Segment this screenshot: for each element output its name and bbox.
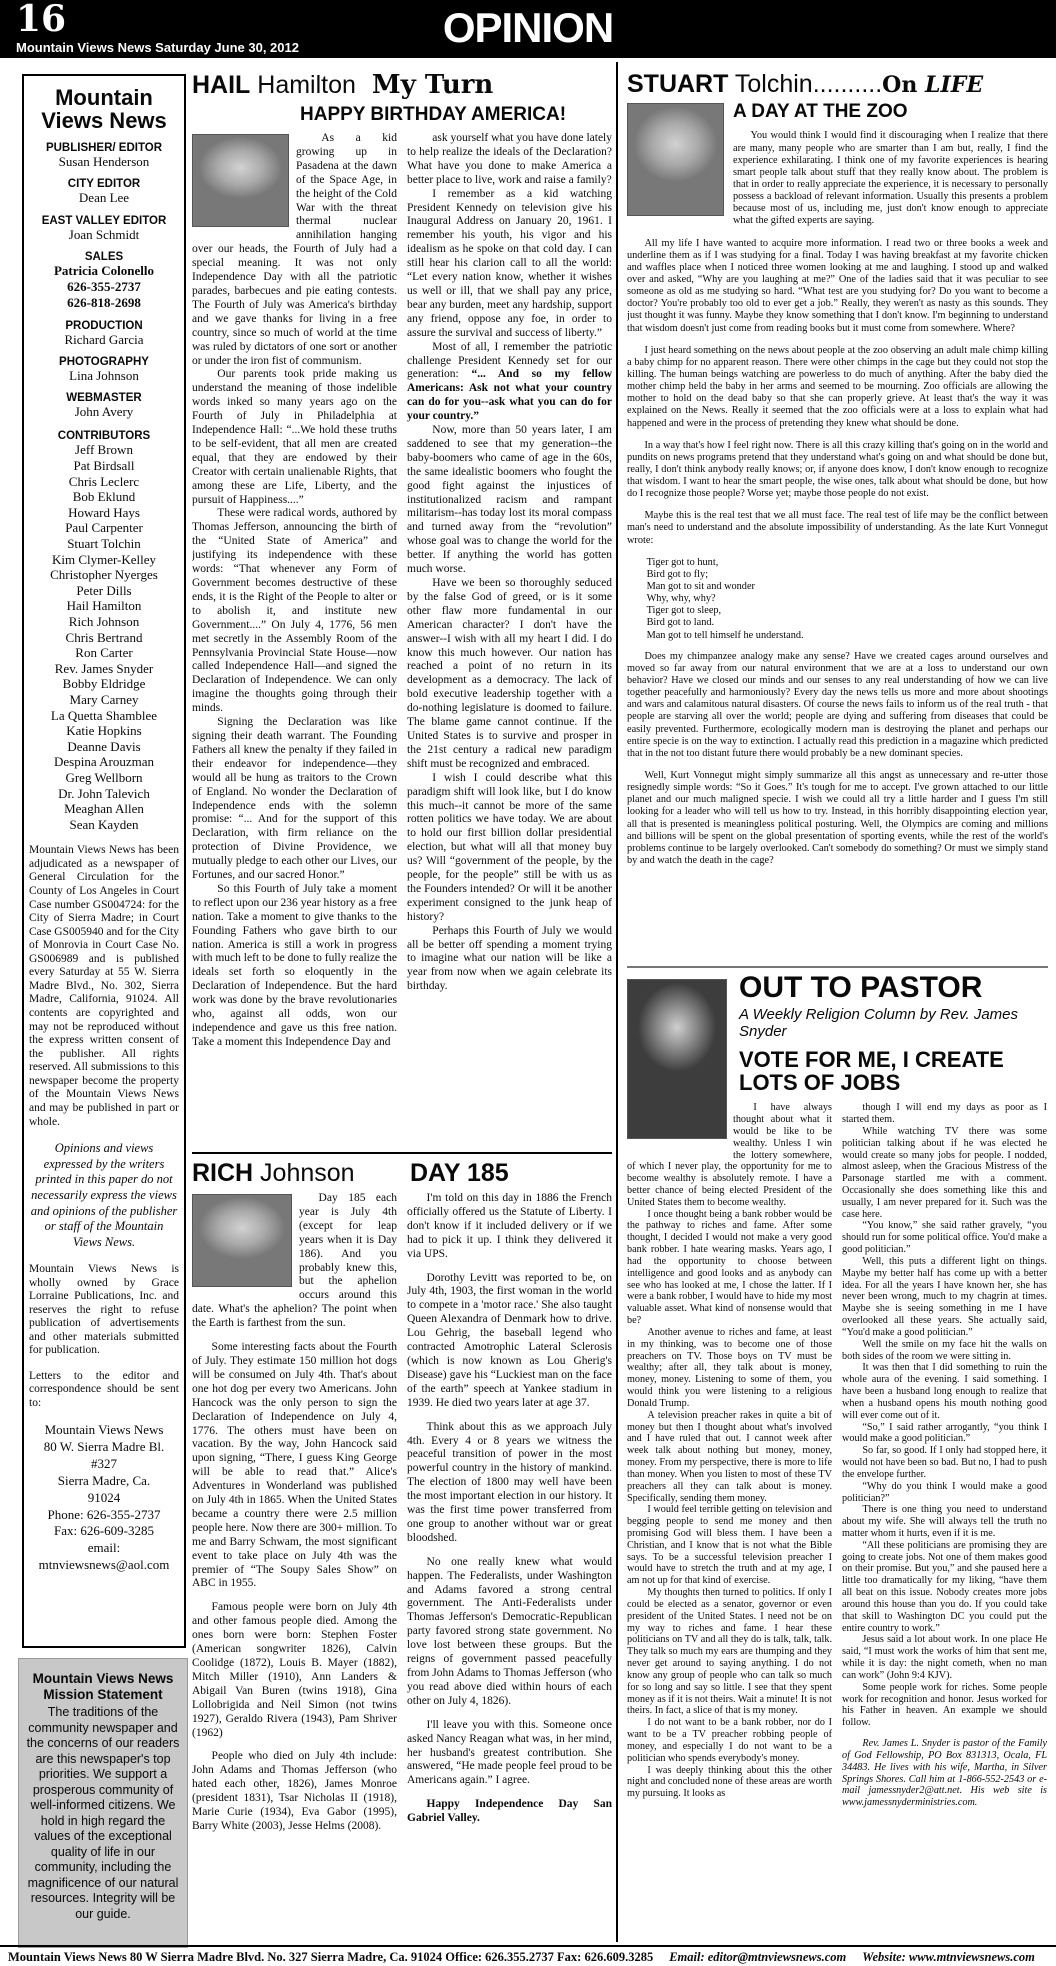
contributor-name: Paul Carpenter: [29, 520, 179, 536]
author-first-name: STUART: [627, 70, 728, 98]
paragraph: So far, so good. If I only had stopped h…: [842, 1445, 1047, 1480]
author-last-name: Johnson: [253, 1159, 354, 1187]
address-line: mtnviewsnews@aol.com: [29, 1557, 179, 1574]
contributor-name: Jeff Brown: [29, 442, 179, 458]
paragraph: Well, this puts a different light on thi…: [842, 1256, 1047, 1339]
role-name: John Avery: [29, 404, 179, 420]
headline: DAY 185: [410, 1159, 509, 1188]
paragraph: No one really knew what would happen. Th…: [407, 1556, 612, 1709]
paragraph: Dorothy Levitt was reported to be, on Ju…: [407, 1272, 612, 1411]
contributor-name: Chris Bertrand: [29, 630, 179, 646]
page-footer: Mountain Views News 80 W Sierra Madre Bl…: [0, 1945, 1056, 1966]
column-subtitle: A Weekly Religion Column by Rev. James S…: [739, 1006, 1048, 1040]
paragraph: So this Fourth of July take a moment to …: [192, 883, 397, 1050]
rich-kicker: RICH Johnson: [192, 1159, 410, 1188]
paragraph: Signing the Declaration was like signing…: [192, 716, 397, 883]
address-line: 91024: [29, 1490, 179, 1507]
role-label: PUBLISHER/ EDITOR: [29, 142, 179, 154]
sales-phone: 626-355-2737: [29, 279, 179, 295]
pastor-header: OUT TO PASTOR A Weekly Religion Column b…: [739, 973, 1048, 1094]
article-column-2: though I will end my days as poor as I s…: [842, 1102, 1047, 1942]
article-column-1: Day 185 each year is July 4th (except fo…: [192, 1192, 397, 1916]
article-body: I have always thought about what it woul…: [627, 1102, 1048, 1942]
poem-line: Man got to tell himself he understand.: [647, 630, 1048, 642]
mission-statement-box: Mountain Views News Mission Statement Th…: [18, 1658, 188, 1948]
paragraph: Famous people were born on July 4th and …: [192, 1601, 397, 1740]
rich-johnson-photo: [192, 1194, 292, 1287]
contributor-name: Chris Leclerc: [29, 474, 179, 490]
author-first-name: HAIL: [192, 71, 250, 99]
contributor-name: Meaghan Allen: [29, 801, 179, 817]
address-line: Mountain Views News: [29, 1422, 179, 1439]
article-body: A DAY AT THE ZOO You would think I would…: [627, 101, 1048, 963]
article-out-to-pastor: OUT TO PASTOR A Weekly Religion Column b…: [627, 973, 1048, 1942]
role-name: Richard Garcia: [29, 332, 179, 348]
contributor-name: Howard Hays: [29, 505, 179, 521]
contributor-name: Christopher Nyerges: [29, 567, 179, 583]
paragraph: All my life I have wanted to acquire mor…: [627, 238, 1048, 335]
date-line: Mountain Views News Saturday June 30, 20…: [16, 40, 299, 55]
author-last-name: Hamilton: [250, 71, 356, 99]
footer-address: Mountain Views News 80 W Sierra Madre Bl…: [8, 1950, 653, 1966]
poem-line: Tiger got to sleep,: [647, 605, 1048, 617]
contributor-name: Bob Eklund: [29, 489, 179, 505]
paragraph: Jesus said a lot about work. In one plac…: [842, 1634, 1047, 1681]
paragraph: My thoughts then turned to politics. If …: [627, 1587, 832, 1717]
paragraph: I remember as a kid watching President K…: [407, 188, 612, 341]
address-line: #327: [29, 1456, 179, 1473]
paragraph-list: I'm told on this day in 1886 the French …: [407, 1192, 612, 1788]
contributor-name: Mary Carney: [29, 692, 179, 708]
letters-note: Letters to the editor and correspondence…: [29, 1370, 179, 1411]
contributor-name: Bobby Eldridge: [29, 676, 179, 692]
article-happy-birthday-america: HAIL HamiltonMy Turn HAPPY BIRTHDAY AMER…: [192, 70, 612, 1144]
hail-hamilton-photo: [192, 134, 289, 227]
author-last-name: Tolchin..........: [728, 70, 882, 98]
role-name: Patricia Colonello: [29, 263, 179, 279]
newspaper-page: 16 OPINION Mountain Views News Saturday …: [0, 0, 1056, 1966]
legal-notice: Mountain Views News has been adjudicated…: [29, 844, 179, 1129]
role-label: SALES: [29, 251, 179, 263]
paragraph: Another avenue to riches and fame, at le…: [627, 1327, 832, 1410]
right-column: STUART Tolchin..........On LIFE A DAY AT…: [627, 62, 1048, 1942]
author-bio: Rev. James L. Snyder is pastor of the Fa…: [842, 1738, 1047, 1809]
kennedy-quote-paragraph: Most of all, I remember the patriotic ch…: [407, 341, 612, 424]
page-header: 16 OPINION Mountain Views News Saturday …: [0, 0, 1056, 58]
sales-phone: 626-818-2698: [29, 295, 179, 311]
role-label: CITY EDITOR: [29, 178, 179, 190]
mission-title-2: Mission Statement: [25, 1687, 181, 1703]
james-snyder-photo: [627, 979, 727, 1139]
paragraph: Have we been so thoroughly seduced by th…: [407, 577, 612, 772]
paragraph: I was deeply thinking about this the oth…: [627, 1765, 832, 1800]
paragraph: There is one thing you need to understan…: [842, 1504, 1047, 1539]
paragraph: Some people work for riches. Some people…: [842, 1682, 1047, 1729]
poem-line: Man got to sit and wonder: [647, 581, 1048, 593]
role-label: WEBMASTER: [29, 392, 179, 404]
article-body: As a kid growing up in Pasadena at the d…: [192, 132, 612, 1144]
paragraph: I'll leave you with this. Someone once a…: [407, 1719, 612, 1789]
contributor-name: Rev. James Snyder: [29, 661, 179, 677]
paragraph: “Why do you think I would make a good po…: [842, 1481, 1047, 1505]
poem-line: Bird got to fly;: [647, 569, 1048, 581]
address-line: Fax: 626-609-3285: [29, 1523, 179, 1540]
article-column-1: As a kid growing up in Pasadena at the d…: [192, 132, 397, 1144]
headline: HAPPY BIRTHDAY AMERICA!: [300, 104, 612, 126]
poem-line: Why, why, why?: [647, 593, 1048, 605]
column-name: My Turn: [372, 70, 493, 100]
contributor-name: Kim Clymer-Kelley: [29, 552, 179, 568]
paragraph: People who died on July 4th include: Joh…: [192, 1750, 397, 1833]
masthead-box: Mountain Views News PUBLISHER/ EDITOR Su…: [22, 74, 186, 1648]
contributor-name: La Quetta Shamblee: [29, 708, 179, 724]
headline: VOTE FOR ME, I CREATE LOTS OF JOBS: [739, 1048, 1048, 1094]
paragraph: Maybe this is the real test that we all …: [627, 510, 1048, 546]
contributor-name: Ron Carter: [29, 645, 179, 661]
paragraph: While watching TV there was some politic…: [842, 1126, 1047, 1221]
stuart-tolchin-photo: [627, 103, 724, 216]
paragraph: I once thought being a bank robber would…: [627, 1209, 832, 1327]
address-line: email:: [29, 1540, 179, 1557]
paragraph-list: though I will end my days as poor as I s…: [842, 1102, 1047, 1729]
contributor-name: Hail Hamilton: [29, 598, 179, 614]
vonnegut-poem: Tiger got to hunt,Bird got to fly;Man go…: [627, 557, 1048, 642]
paragraph-list: Day 185 each year is July 4th (except fo…: [192, 1192, 397, 1834]
paragraph-list: ask yourself what you have done lately t…: [407, 132, 612, 341]
column-title: OUT TO PASTOR: [739, 973, 1048, 1003]
masthead-sidebar: Mountain Views News PUBLISHER/ EDITOR Su…: [18, 74, 188, 1948]
footer-website: Website: www.mtnviewsnews.com: [862, 1950, 1035, 1966]
hamilton-kicker: HAIL HamiltonMy Turn: [192, 70, 612, 102]
paragraph: These were radical words, authored by Th…: [192, 507, 397, 716]
article-body: Day 185 each year is July 4th (except fo…: [192, 1192, 612, 1916]
paragraph: I would feel terrible getting on televis…: [627, 1504, 832, 1587]
article-column-1: I have always thought about what it woul…: [627, 1102, 832, 1942]
article-column-2: I'm told on this day in 1886 the French …: [407, 1192, 612, 1916]
paragraph: It was then that I did something to ruin…: [842, 1362, 1047, 1421]
closing-line: Happy Independence Day San Gabriel Valle…: [407, 1798, 612, 1826]
article-column-2: ask yourself what you have done lately t…: [407, 132, 612, 1144]
contributors-label: CONTRIBUTORS: [29, 430, 179, 442]
role-name: Joan Schmidt: [29, 227, 179, 243]
paragraph: I do not want to be a bank robber, nor d…: [627, 1717, 832, 1764]
column-divider-rule: [616, 62, 618, 1942]
paragraph: In a way that's how I feel right now. Th…: [627, 440, 1048, 501]
contributor-name: Despina Arouzman: [29, 754, 179, 770]
role-label: PHOTOGRAPHY: [29, 356, 179, 368]
paragraph: I just heard something on the news about…: [627, 345, 1048, 430]
section-divider: [627, 966, 1048, 968]
contributor-name: Dr. John Talevich: [29, 786, 179, 802]
mission-body: The traditions of the community newspape…: [25, 1705, 181, 1922]
role-name: Dean Lee: [29, 190, 179, 206]
mailing-address: Mountain Views News80 W. Sierra Madre Bl…: [29, 1422, 179, 1574]
tolchin-kicker: STUART Tolchin..........On LIFE: [627, 70, 1048, 99]
author-first-name: RICH: [192, 1159, 253, 1187]
paragraph: Well the smile on my face hit the walls …: [842, 1339, 1047, 1363]
paragraph: “All these politicians are promising the…: [842, 1540, 1047, 1635]
paragraph-list: Does my chimpanzee analogy make any sens…: [627, 651, 1048, 867]
contributor-name: Katie Hopkins: [29, 723, 179, 739]
contributors-list: Jeff BrownPat BirdsallChris LeclercBob E…: [29, 442, 179, 832]
paragraph: Perhaps this Fourth of July we would all…: [407, 925, 612, 995]
article-day-185: RICH Johnson DAY 185 Day 185 each year i…: [192, 1159, 612, 1916]
contributor-name: Rich Johnson: [29, 614, 179, 630]
address-line: Sierra Madre, Ca.: [29, 1473, 179, 1490]
role-name: Lina Johnson: [29, 368, 179, 384]
paragraph: I'm told on this day in 1886 the French …: [407, 1192, 612, 1262]
paragraph: Our parents took pride making us underst…: [192, 368, 397, 507]
contributor-name: Greg Wellborn: [29, 770, 179, 786]
mission-title-1: Mountain Views News: [25, 1671, 181, 1687]
paragraph: A television preacher rakes in quite a b…: [627, 1410, 832, 1505]
paragraph: Think about this as we approach July 4th…: [407, 1421, 612, 1546]
paragraph-list: Now, more than 50 years later, I am sadd…: [407, 424, 612, 994]
paragraph-list: I have always thought about what it woul…: [627, 1102, 832, 1800]
opinions-disclaimer: Opinions and views expressed by the writ…: [29, 1141, 179, 1250]
address-line: Phone: 626-355-2737: [29, 1507, 179, 1524]
paragraph: “So,” I said rather arrogantly, “you thi…: [842, 1422, 1047, 1446]
paragraph: Some interesting facts about the Fourth …: [192, 1341, 397, 1591]
poem-line: Bird got to land.: [647, 617, 1048, 629]
role-name: Susan Henderson: [29, 154, 179, 170]
paragraph: I wish I could describe what this paradi…: [407, 772, 612, 925]
contributor-name: Deanne Davis: [29, 739, 179, 755]
footer-email: Email: editor@mtnviewsnews.com: [669, 1950, 846, 1966]
middle-column: HAIL HamiltonMy Turn HAPPY BIRTHDAY AMER…: [192, 62, 612, 1916]
poem-line: Tiger got to hunt,: [647, 557, 1048, 569]
paragraph: Does my chimpanzee analogy make any sens…: [627, 651, 1048, 760]
contributor-name: Peter Dills: [29, 583, 179, 599]
role-label: PRODUCTION: [29, 320, 179, 332]
paragraph: Well, Kurt Vonnegut might simply summari…: [627, 770, 1048, 867]
column-name-on: On: [882, 72, 925, 98]
rich-header: RICH Johnson DAY 185: [192, 1159, 612, 1188]
paragraph: “You know,” she said rather gravely, “yo…: [842, 1220, 1047, 1255]
contributor-name: Sean Kayden: [29, 817, 179, 833]
paragraph: Now, more than 50 years later, I am sadd…: [407, 424, 612, 577]
role-label: EAST VALLEY EDITOR: [29, 215, 179, 227]
ownership-notice: Mountain Views News is wholly owned by G…: [29, 1263, 179, 1358]
paragraph: though I will end my days as poor as I s…: [842, 1102, 1047, 1126]
article-a-day-at-the-zoo: STUART Tolchin..........On LIFE A DAY AT…: [627, 70, 1048, 963]
column-name-life: LIFE: [925, 72, 983, 98]
paragraph: ask yourself what you have done lately t…: [407, 132, 612, 188]
section-divider: [192, 1152, 612, 1154]
paper-title: Mountain Views News: [39, 86, 169, 132]
contributor-name: Pat Birdsall: [29, 458, 179, 474]
address-line: 80 W. Sierra Madre Bl.: [29, 1439, 179, 1456]
paragraph-list: As a kid growing up in Pasadena at the d…: [192, 132, 397, 1050]
contributor-name: Stuart Tolchin: [29, 536, 179, 552]
